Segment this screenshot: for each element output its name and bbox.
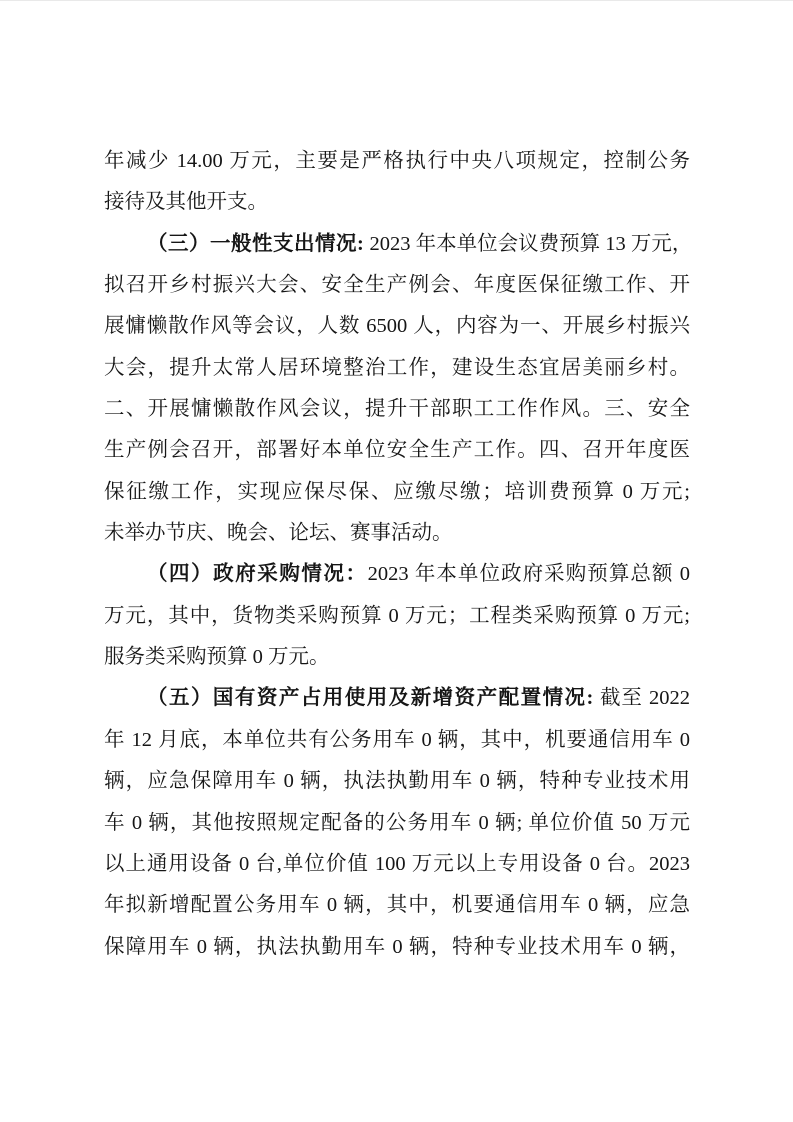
line-text: 年减少 14.00 万元，主要是严格执行中央八项规定，控制公务: [104, 150, 690, 172]
text-line: 服务类采购预算 0 万元。: [104, 637, 690, 678]
text-line: 保征缴工作，实现应保尽保、应缴尽缴；培训费预算 0 万元;: [104, 472, 690, 513]
line-text: 2023 年本单位会议费预算 13 万元，: [364, 233, 692, 255]
text-line: 展慵懒散作风等会议，人数 6500 人，内容为一、开展乡村振兴: [104, 306, 690, 347]
text-line: 车 0 辆，其他按照规定配备的公务用车 0 辆; 单位价值 50 万元: [104, 803, 690, 844]
text-line: 保障用车 0 辆，执法执勤用车 0 辆，特种专业技术用车 0 辆，: [104, 927, 690, 968]
text-line-section-5-heading: （五）国有资产占用使用及新增资产配置情况: 截至 2022: [104, 678, 690, 719]
text-line: 辆，应急保障用车 0 辆，执法执勤用车 0 辆，特种专业技术用: [104, 761, 690, 802]
line-text: 服务类采购预算 0 万元。: [104, 646, 330, 668]
text-line: 生产例会召开，部署好本单位安全生产工作。四、召开年度医: [104, 430, 690, 471]
line-text: 2023 年本单位政府采购预算总额 0: [368, 563, 690, 585]
line-text: 生产例会召开，部署好本单位安全生产工作。四、召开年度医: [104, 439, 690, 461]
line-text: 年 12 月底，本单位共有公务用车 0 辆，其中，机要通信用车 0: [104, 729, 690, 751]
text-line-section-4-heading: （四）政府采购情况：2023 年本单位政府采购预算总额 0: [104, 554, 690, 595]
section-heading: （四）政府采购情况：: [147, 563, 368, 585]
document-text-block: 年减少 14.00 万元，主要是严格执行中央八项规定，控制公务 接待及其他开支。…: [104, 141, 690, 968]
line-text: 以上通用设备 0 台,单位价值 100 万元以上专用设备 0 台。2023: [104, 853, 690, 875]
text-line: 未举办节庆、晚会、论坛、赛事活动。: [104, 513, 690, 554]
line-text: 拟召开乡村振兴大会、安全生产例会、年度医保征缴工作、开: [104, 274, 690, 296]
section-heading: （三）一般性支出情况:: [147, 233, 364, 255]
line-text: 辆，应急保障用车 0 辆，执法执勤用车 0 辆，特种专业技术用: [104, 770, 690, 792]
line-text: 大会，提升太常人居环境整治工作，建设生态宜居美丽乡村。: [104, 357, 690, 379]
text-line: 年拟新增配置公务用车 0 辆，其中，机要通信用车 0 辆，应急: [104, 885, 690, 926]
section-heading: （五）国有资产占用使用及新增资产配置情况:: [147, 687, 594, 709]
text-line: 以上通用设备 0 台,单位价值 100 万元以上专用设备 0 台。2023: [104, 844, 690, 885]
line-text: 截至 2022: [594, 687, 690, 709]
text-line: 年 12 月底，本单位共有公务用车 0 辆，其中，机要通信用车 0: [104, 720, 690, 761]
line-text: 万元，其中，货物类采购预算 0 万元；工程类采购预算 0 万元;: [104, 605, 690, 627]
line-text: 保障用车 0 辆，执法执勤用车 0 辆，特种专业技术用车 0 辆，: [104, 936, 690, 958]
text-line: 万元，其中，货物类采购预算 0 万元；工程类采购预算 0 万元;: [104, 596, 690, 637]
text-line: 接待及其他开支。: [104, 182, 690, 223]
page-top-edge: [0, 0, 793, 1]
line-text: 二、开展慵懒散作风会议，提升干部职工工作作风。三、安全: [104, 398, 690, 420]
text-line: 二、开展慵懒散作风会议，提升干部职工工作作风。三、安全: [104, 389, 690, 430]
text-line-section-3-heading: （三）一般性支出情况: 2023 年本单位会议费预算 13 万元，: [104, 224, 690, 265]
text-line: 大会，提升太常人居环境整治工作，建设生态宜居美丽乡村。: [104, 348, 690, 389]
document-page: 年减少 14.00 万元，主要是严格执行中央八项规定，控制公务 接待及其他开支。…: [0, 0, 793, 1122]
line-text: 接待及其他开支。: [104, 191, 268, 213]
line-text: 年拟新增配置公务用车 0 辆，其中，机要通信用车 0 辆，应急: [104, 894, 690, 916]
line-text: 未举办节庆、晚会、论坛、赛事活动。: [104, 522, 453, 544]
line-text: 保征缴工作，实现应保尽保、应缴尽缴；培训费预算 0 万元;: [104, 481, 690, 503]
text-line: 年减少 14.00 万元，主要是严格执行中央八项规定，控制公务: [104, 141, 690, 182]
line-text: 车 0 辆，其他按照规定配备的公务用车 0 辆; 单位价值 50 万元: [104, 812, 690, 834]
line-text: 展慵懒散作风等会议，人数 6500 人，内容为一、开展乡村振兴: [104, 315, 690, 337]
text-line: 拟召开乡村振兴大会、安全生产例会、年度医保征缴工作、开: [104, 265, 690, 306]
